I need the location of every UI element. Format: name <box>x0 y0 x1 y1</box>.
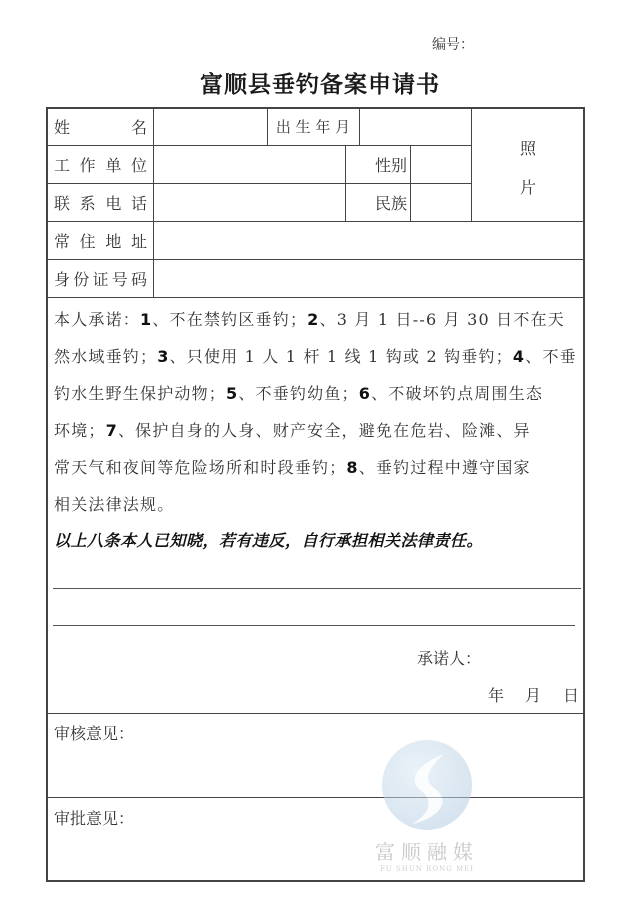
id-number-label: 身 份 证 号 码 <box>46 259 153 297</box>
writing-line[interactable] <box>53 588 581 589</box>
commitment-line: 本人承诺：1、不在禁钓区垂钓；2、3 月 1 日--6 月 30 日不在天 <box>54 301 582 338</box>
col-divider <box>471 107 472 221</box>
commitment-line: 环境；7、保护自身的人身、财产安全，避免在危岩、险滩、异 <box>54 412 582 449</box>
col-divider <box>359 107 360 145</box>
commitment-line: 常天气和夜间等危险场所和时段垂钓；8、垂钓过程中遵守国家 <box>54 449 582 486</box>
label-char: 族 <box>391 191 407 214</box>
label-char: 性 <box>375 153 391 176</box>
label-char: 号 <box>112 267 128 290</box>
col-divider <box>410 145 411 221</box>
date-day-label: 日 <box>563 683 579 706</box>
photo-box[interactable] <box>473 109 583 220</box>
name-field[interactable] <box>155 109 266 144</box>
audit-opinion-label: 审核意见： <box>54 721 134 744</box>
label-char: 工 <box>54 153 70 176</box>
label-char: 身 <box>54 267 70 290</box>
ethnicity-label: 民 族 <box>345 183 410 221</box>
label-char: 联 <box>54 191 70 214</box>
phone-label: 联 系 电 话 <box>46 183 153 221</box>
label-char: 作 <box>80 153 96 176</box>
phone-field[interactable] <box>155 185 344 220</box>
name-label-char: 姓 <box>54 115 70 138</box>
address-field[interactable] <box>155 223 583 258</box>
row-divider <box>46 713 585 714</box>
work-unit-field[interactable] <box>155 147 344 182</box>
gender-field[interactable] <box>412 147 470 182</box>
approval-opinion-label: 审批意见： <box>54 806 134 829</box>
label-char: 民 <box>375 191 391 214</box>
commitment-text: 本人承诺：1、不在禁钓区垂钓；2、3 月 1 日--6 月 30 日不在天 然水… <box>54 301 582 523</box>
approval-opinion-field[interactable] <box>48 830 583 880</box>
photo-label-char: 照 <box>471 136 585 159</box>
label-char: 码 <box>131 267 147 290</box>
acknowledgement-statement: 以上八条本人已知晓，若有违反，自行承担相关法律责任。 <box>54 528 483 551</box>
commitment-line: 钓水生野生保护动物；5、不垂钓幼鱼；6、不破坏钓点周围生态 <box>54 375 582 412</box>
birth-label: 出 生 年 月 <box>267 107 359 145</box>
name-label: 姓 名 <box>46 107 153 145</box>
label-char: 地 <box>105 229 121 252</box>
row-divider <box>46 797 585 798</box>
label-char: 单 <box>105 153 121 176</box>
label-char: 常 <box>54 229 70 252</box>
audit-opinion-field[interactable] <box>48 745 583 795</box>
label-char: 电 <box>105 191 121 214</box>
serial-number-label: 编号： <box>432 34 474 54</box>
id-number-field[interactable] <box>155 261 583 296</box>
col-divider <box>153 107 154 297</box>
label-char: 址 <box>131 229 147 252</box>
address-label: 常 住 地 址 <box>46 221 153 259</box>
label-char: 话 <box>131 191 147 214</box>
photo-label-char: 片 <box>471 175 585 198</box>
birth-field[interactable] <box>361 109 470 144</box>
signer-label: 承诺人： <box>417 646 481 669</box>
label-char: 位 <box>131 153 147 176</box>
label-char: 份 <box>73 267 89 290</box>
row-divider <box>46 297 585 298</box>
label-char: 证 <box>92 267 108 290</box>
page-title: 富顺县垂钓备案申请书 <box>0 66 640 99</box>
writing-line[interactable] <box>53 625 575 626</box>
date-year-label: 年 <box>488 683 504 706</box>
commitment-line: 相关法律法规。 <box>54 486 582 523</box>
date-month-label: 月 <box>525 683 541 706</box>
commitment-line: 然水域垂钓；3、只使用 1 人 1 杆 1 线 1 钩或 2 钩垂钓；4、不垂 <box>54 338 582 375</box>
ethnicity-field[interactable] <box>412 185 470 220</box>
label-char: 系 <box>80 191 96 214</box>
gender-label: 性 别 <box>345 145 410 183</box>
name-label-char: 名 <box>131 115 147 138</box>
work-unit-label: 工 作 单 位 <box>46 145 153 183</box>
label-char: 住 <box>80 229 96 252</box>
label-char: 别 <box>391 153 407 176</box>
